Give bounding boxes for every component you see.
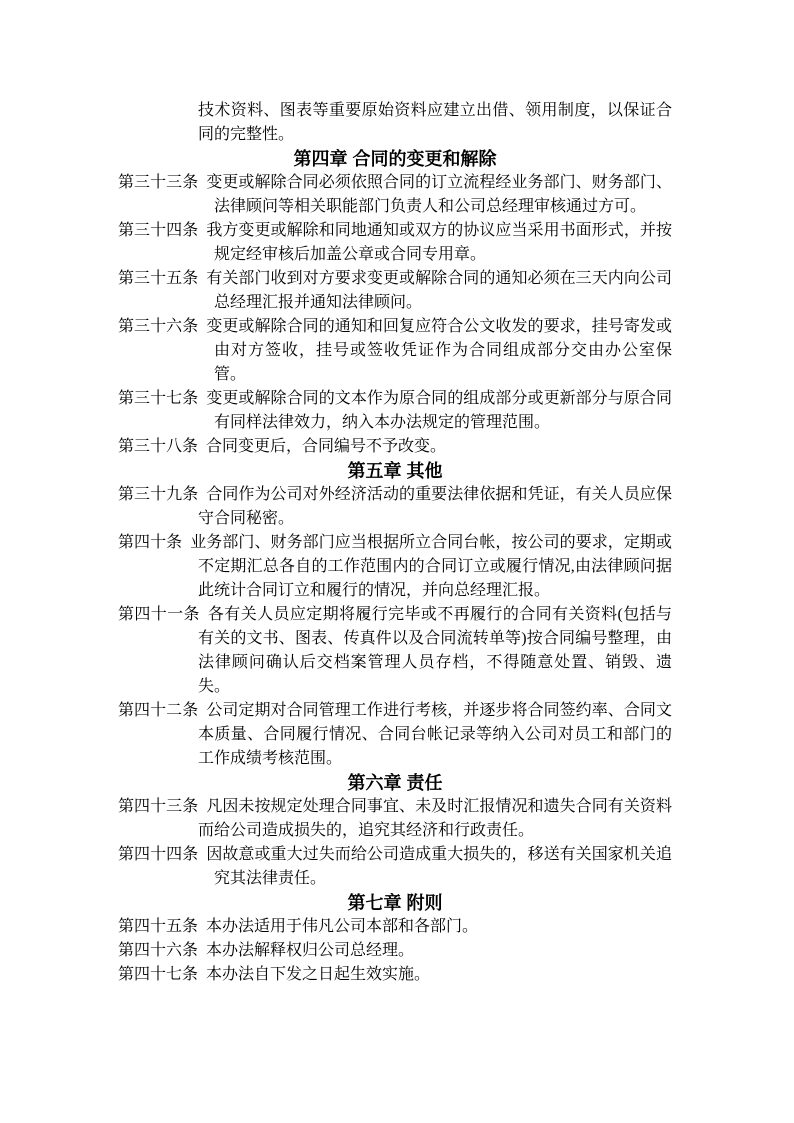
article-text: 变更或解除合同的文本作为原合同的组成部分或更新部分与原合同有同样法律效力，纳入本… xyxy=(206,390,672,431)
article-number: 第三十六条 xyxy=(118,318,198,335)
article-number: 第四十一条 xyxy=(118,606,200,623)
article-text: 本办法自下发之日起生效实施。 xyxy=(206,966,430,983)
continuation-paragraph: 技术资料、图表等重要原始资料应建立出借、领用制度，以保证合同的完整性。 xyxy=(118,99,672,147)
article-text: 因故意或重大过失而给公司造成重大损失的，移送有关国家机关追究其法律责任。 xyxy=(206,846,672,887)
article-number: 第三十五条 xyxy=(118,270,198,287)
article-paragraph: 第三十五条有关部门收到对方要求变更或解除合同的通知必须在三天内向公司总经理汇报并… xyxy=(118,267,672,315)
article-text: 我方变更或解除和同地通知或双方的协议应当采用书面形式，并按规定经审核后加盖公章或… xyxy=(206,222,672,263)
article-paragraph: 第四十二条公司定期对合同管理工作进行考核，并逐步将合同签约率、合同文本质量、合同… xyxy=(118,699,672,771)
article-text: 合同作为公司对外经济活动的重要法律依据和凭证，有关人员应保守合同秘密。 xyxy=(198,486,672,527)
article-paragraph: 第四十五条本办法适用于伟凡公司本部和各部门。 xyxy=(118,915,672,939)
article-text: 变更或解除合同的通知和回复应符合公文收发的要求，挂号寄发或由对方签收，挂号或签收… xyxy=(206,318,672,383)
article-number: 第四十三条 xyxy=(118,798,198,815)
article-text: 有关部门收到对方要求变更或解除合同的通知必须在三天内向公司总经理汇报并通知法律顾… xyxy=(206,270,672,311)
document-page: 技术资料、图表等重要原始资料应建立出借、领用制度，以保证合同的完整性。第四章 合… xyxy=(0,0,794,1123)
article-number: 第四十七条 xyxy=(118,966,198,983)
article-paragraph: 第三十六条变更或解除合同的通知和回复应符合公文收发的要求，挂号寄发或由对方签收，… xyxy=(118,315,672,387)
article-paragraph: 第四十条业务部门、财务部门应当根据所立合同台帐，按公司的要求，定期或不定期汇总各… xyxy=(118,531,672,603)
article-number: 第三十三条 xyxy=(118,174,198,191)
article-text: 业务部门、财务部门应当根据所立合同台帐，按公司的要求，定期或不定期汇总各自的工作… xyxy=(190,534,672,599)
article-number: 第三十八条 xyxy=(118,438,198,455)
article-number: 第四十四条 xyxy=(118,846,198,863)
article-paragraph: 第三十七条变更或解除合同的文本作为原合同的组成部分或更新部分与原合同有同样法律效… xyxy=(118,387,672,435)
article-number: 第三十四条 xyxy=(118,222,198,239)
article-text: 凡因未按规定处理合同事宜、未及时汇报情况和遗失合同有关资料而给公司造成损失的，追… xyxy=(198,798,672,839)
article-text: 本办法解释权归公司总经理。 xyxy=(206,942,414,959)
article-paragraph: 第四十一条各有关人员应定期将履行完毕或不再履行的合同有关资料(包括与有关的文书、… xyxy=(118,603,672,699)
article-number: 第四十条 xyxy=(118,534,182,551)
chapter-heading: 第七章 附则 xyxy=(118,891,672,915)
article-number: 第四十五条 xyxy=(118,918,198,935)
article-paragraph: 第三十九条合同作为公司对外经济活动的重要法律依据和凭证，有关人员应保守合同秘密。 xyxy=(118,483,672,531)
article-number: 第四十二条 xyxy=(118,702,198,719)
article-paragraph: 第三十三条变更或解除合同必须依照合同的订立流程经业务部门、财务部门、法律顾问等相… xyxy=(118,171,672,219)
article-paragraph: 第四十四条因故意或重大过失而给公司造成重大损失的，移送有关国家机关追究其法律责任… xyxy=(118,843,672,891)
chapter-heading: 第五章 其他 xyxy=(118,459,672,483)
article-paragraph: 第四十七条本办法自下发之日起生效实施。 xyxy=(118,963,672,987)
article-number: 第三十七条 xyxy=(118,390,198,407)
article-paragraph: 第四十三条凡因未按规定处理合同事宜、未及时汇报情况和遗失合同有关资料而给公司造成… xyxy=(118,795,672,843)
article-text: 各有关人员应定期将履行完毕或不再履行的合同有关资料(包括与有关的文书、图表、传真… xyxy=(198,606,672,695)
article-paragraph: 第三十八条合同变更后，合同编号不予改变。 xyxy=(118,435,672,459)
article-paragraph: 第三十四条我方变更或解除和同地通知或双方的协议应当采用书面形式，并按规定经审核后… xyxy=(118,219,672,267)
article-number: 第三十九条 xyxy=(118,486,198,503)
article-text: 本办法适用于伟凡公司本部和各部门。 xyxy=(206,918,478,935)
article-paragraph: 第四十六条本办法解释权归公司总经理。 xyxy=(118,939,672,963)
chapter-heading: 第六章 责任 xyxy=(118,771,672,795)
chapter-heading: 第四章 合同的变更和解除 xyxy=(118,147,672,171)
article-text: 变更或解除合同必须依照合同的订立流程经业务部门、财务部门、法律顾问等相关职能部门… xyxy=(206,174,672,215)
article-number: 第四十六条 xyxy=(118,942,198,959)
document-content: 技术资料、图表等重要原始资料应建立出借、领用制度，以保证合同的完整性。第四章 合… xyxy=(118,99,672,987)
article-text: 合同变更后，合同编号不予改变。 xyxy=(206,438,446,455)
article-text: 公司定期对合同管理工作进行考核，并逐步将合同签约率、合同文本质量、合同履行情况、… xyxy=(198,702,672,767)
